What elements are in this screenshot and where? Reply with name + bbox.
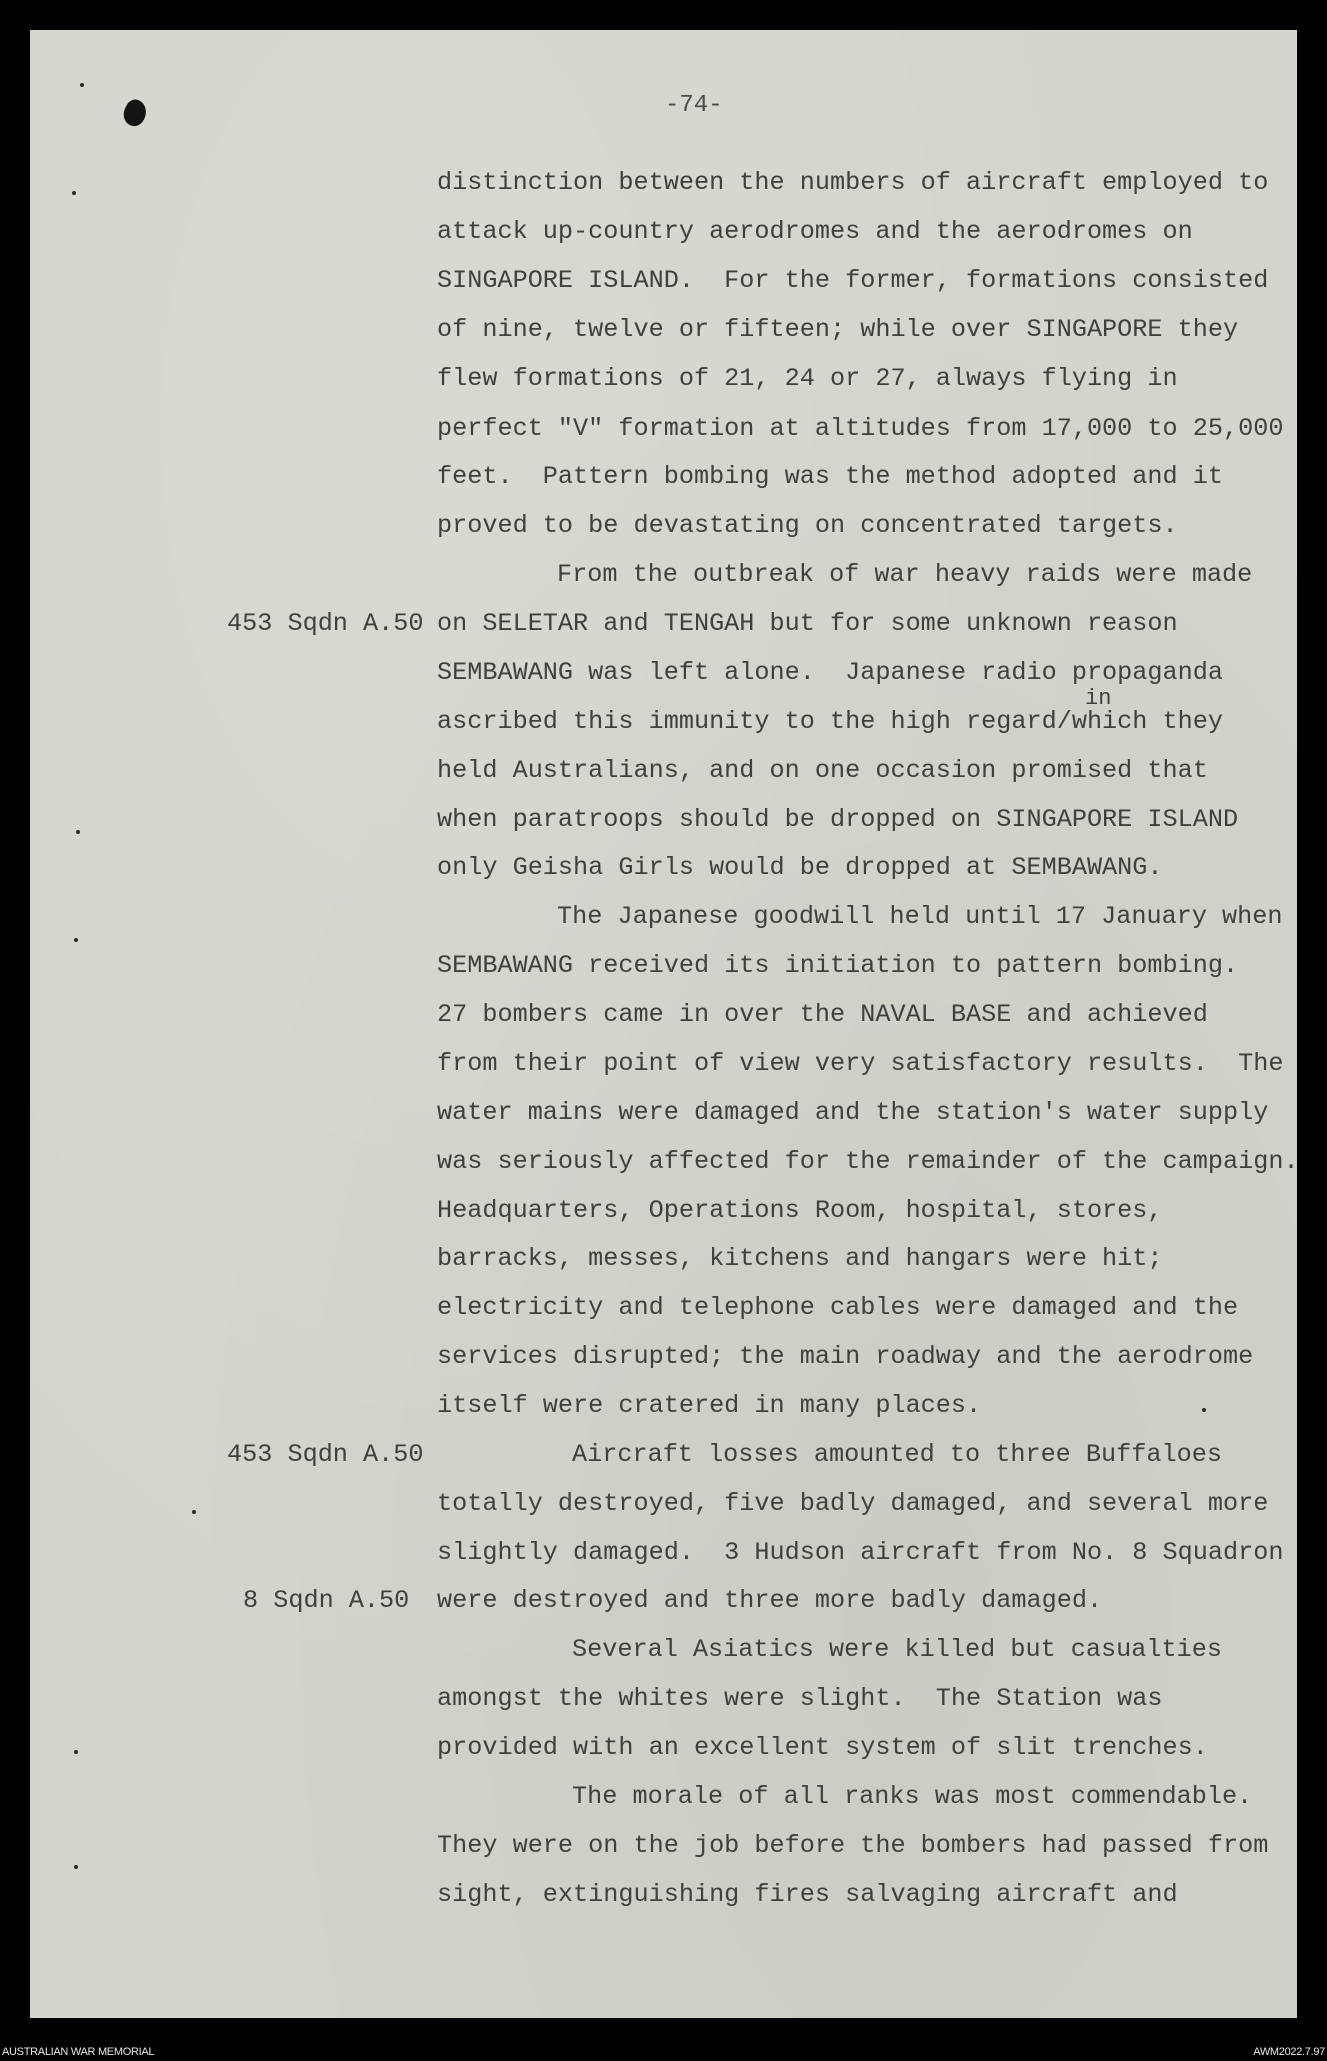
text-line: They were on the job before the bombers … <box>437 1831 1268 1861</box>
margin-note: 453 Sqdn A.50 <box>227 609 424 639</box>
text-line: perfect "V" formation at altitudes from … <box>437 414 1283 444</box>
margin-note: 8 Sqdn A.50 <box>243 1586 409 1616</box>
text-line: of nine, twelve or fifteen; while over S… <box>437 315 1238 345</box>
text-line: The Japanese goodwill held until 17 Janu… <box>557 902 1283 932</box>
text-line: SEMBAWANG received its initiation to pat… <box>437 951 1238 981</box>
text-line: flew formations of 21, 24 or 27, always … <box>437 364 1178 394</box>
text-line: SEMBAWANG was left alone. Japanese radio… <box>437 658 1223 688</box>
interlinear-insertion: in <box>1085 686 1111 711</box>
speck-mark <box>72 191 76 195</box>
text-line: slightly damaged. 3 Hudson aircraft from… <box>437 1538 1283 1568</box>
text-line: electricity and telephone cables were da… <box>437 1293 1238 1323</box>
text-line: itself were cratered in many places. <box>437 1391 981 1421</box>
text-line: sight, extinguishing fires salvaging air… <box>437 1880 1178 1910</box>
text-line: 27 bombers came in over the NAVAL BASE a… <box>437 1000 1208 1030</box>
text-line: distinction between the numbers of aircr… <box>437 168 1268 198</box>
text-line: provided with an excellent system of sli… <box>437 1733 1208 1763</box>
text-line: Aircraft losses amounted to three Buffal… <box>572 1440 1222 1470</box>
ink-blot-mark <box>119 96 151 129</box>
speck-mark <box>1202 1408 1206 1412</box>
text-line: feet. Pattern bombing was the method ado… <box>437 462 1223 492</box>
footer-accession-number: AWM2022.7.97 <box>1253 2046 1325 2058</box>
speck-mark <box>74 938 78 942</box>
page-number: -74- <box>665 92 723 119</box>
speck-mark <box>76 830 80 834</box>
text-line: totally destroyed, five badly damaged, a… <box>437 1489 1268 1519</box>
footer-institution: AUSTRALIAN WAR MEMORIAL <box>2 2046 154 2058</box>
text-line: SINGAPORE ISLAND. For the former, format… <box>437 266 1268 296</box>
text-line: only Geisha Girls would be dropped at SE… <box>437 853 1163 883</box>
speck-mark <box>74 1750 78 1754</box>
margin-note: 453 Sqdn A.50 <box>227 1440 424 1470</box>
text-line: were destroyed and three more badly dama… <box>437 1586 1102 1616</box>
text-line: The morale of all ranks was most commend… <box>572 1782 1252 1812</box>
text-line: when paratroops should be dropped on SIN… <box>437 805 1238 835</box>
text-line: proved to be devastating on concentrated… <box>437 511 1178 541</box>
text-line: services disrupted; the main roadway and… <box>437 1342 1253 1372</box>
text-line: amongst the whites were slight. The Stat… <box>437 1684 1163 1714</box>
text-line: Several Asiatics were killed but casualt… <box>572 1635 1222 1665</box>
text-line: Headquarters, Operations Room, hospital,… <box>437 1196 1163 1226</box>
text-line: attack up-country aerodromes and the aer… <box>437 217 1193 247</box>
speck-mark <box>192 1510 196 1514</box>
text-line: From the outbreak of war heavy raids wer… <box>557 560 1252 590</box>
text-line: was seriously affected for the remainder… <box>437 1147 1299 1177</box>
text-line: from their point of view very satisfacto… <box>437 1049 1283 1079</box>
text-line: on SELETAR and TENGAH but for some unkno… <box>437 609 1178 639</box>
text-line: barracks, messes, kitchens and hangars w… <box>437 1244 1163 1274</box>
text-line: held Australians, and on one occasion pr… <box>437 756 1208 786</box>
speck-mark <box>80 83 84 87</box>
text-line: water mains were damaged and the station… <box>437 1098 1268 1128</box>
speck-mark <box>74 1865 78 1869</box>
text-line: ascribed this immunity to the high regar… <box>437 707 1223 737</box>
